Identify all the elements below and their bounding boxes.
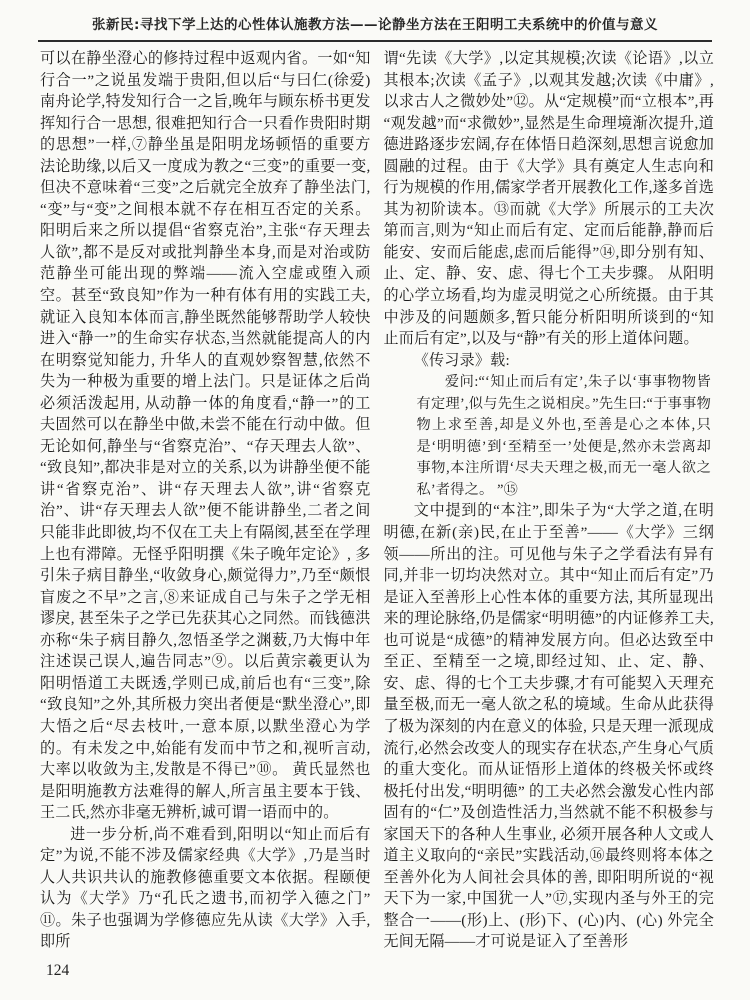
paragraph: 文中提到的“本注”,即朱子为“大学之道,在明明德,在新(亲)民,在止于至善”——…: [384, 501, 715, 953]
paper-page: 张新民:寻找下学上达的心性体认施教方法——论静坐方法在王阳明工夫系统中的价值与意…: [0, 0, 750, 1000]
paragraph-continuation: 可以在静坐澄心的修持过程中返观内省。一如“知行合一”之说虽发端于贵阳,但以后“与…: [40, 49, 371, 825]
paragraph: 《传习录》载:: [384, 351, 715, 373]
left-column: 可以在静坐澄心的修持过程中返观内省。一如“知行合一”之说虽发端于贵阳,但以后“与…: [40, 49, 371, 954]
paragraph-continuation: 谓“先读《大学》,以定其规模;次读《论语》,以立其根本;次读《孟子》,以观其发越…: [384, 49, 715, 351]
right-column: 谓“先读《大学》,以定其规模;次读《论语》,以立其根本;次读《孟子》,以观其发越…: [384, 49, 715, 954]
paragraph: 进一步分析,尚不难看到,阳明以“知止而后有定”为说,不能不涉及儒家经典《大学》,…: [40, 825, 371, 954]
two-column-body: 可以在静坐澄心的修持过程中返观内省。一如“知行合一”之说虽发端于贵阳,但以后“与…: [0, 42, 750, 954]
block-quote: 爱问:“‘知止而后有定’,朱子以‘事事物物皆有定理’,似与先生之说相戾。”先生曰…: [417, 372, 712, 501]
running-header-title: 张新民:寻找下学上达的心性体认施教方法——论静坐方法在王阳明工夫系统中的价值与意…: [0, 0, 750, 33]
page-number: 124: [46, 962, 69, 980]
page-header: 张新民:寻找下学上达的心性体认施教方法——论静坐方法在王阳明工夫系统中的价值与意…: [0, 0, 750, 42]
